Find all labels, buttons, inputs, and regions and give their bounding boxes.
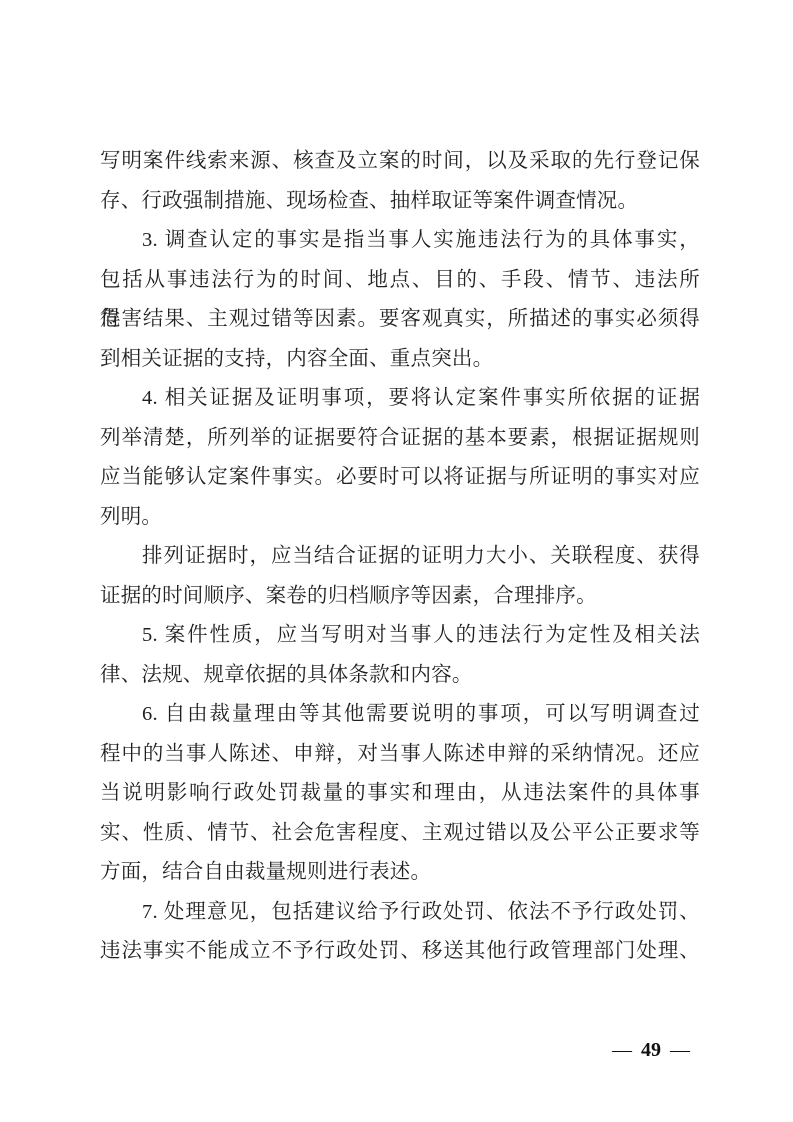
text-line-18: 实、性质、情节、社会危害程度、主观过错以及公平公正要求等 bbox=[100, 814, 700, 854]
text-line-19: 方面，结合自由裁量规则进行表述。 bbox=[100, 853, 700, 893]
text-line-9: 应当能够认定案件事实。必要时可以将证据与所证明的事实对应 bbox=[100, 458, 700, 498]
text-line-2: 存、行政强制措施、现场检查、抽样取证等案件调查情况。 bbox=[100, 182, 700, 222]
text-line-14: 律、法规、规章依据的具体条款和内容。 bbox=[100, 656, 700, 696]
text-line-11: 排列证据时，应当结合证据的证明力大小、关联程度、获得 bbox=[100, 537, 700, 577]
text-line-4: 包括从事违法行为的时间、地点、目的、手段、情节、违法所得、 bbox=[100, 261, 700, 301]
text-line-5: 危害结果、主观过错等因素。要客观真实，所描述的事实必须得 bbox=[100, 300, 700, 340]
page-number-dash-right: — bbox=[670, 1039, 690, 1062]
text-line-16: 程中的当事人陈述、申辩，对当事人陈述申辩的采纳情况。还应 bbox=[100, 735, 700, 775]
text-line-10: 列明。 bbox=[100, 498, 700, 538]
text-block: 写明案件线索来源、核查及立案的时间，以及采取的先行登记保 存、行政强制措施、现场… bbox=[100, 142, 700, 972]
page-number-value: 49 bbox=[641, 1039, 661, 1062]
text-line-3: 3. 调查认定的事实是指当事人实施违法行为的具体事实， bbox=[100, 221, 700, 261]
text-line-8: 列举清楚，所列举的证据要符合证据的基本要素，根据证据规则 bbox=[100, 419, 700, 459]
text-line-7: 4. 相关证据及证明事项，要将认定案件事实所依据的证据 bbox=[100, 379, 700, 419]
text-line-20: 7. 处理意见，包括建议给予行政处罚、依法不予行政处罚、 bbox=[100, 893, 700, 933]
text-line-13: 5. 案件性质，应当写明对当事人的违法行为定性及相关法 bbox=[100, 616, 700, 656]
page-number-dash-left: — bbox=[612, 1039, 632, 1062]
text-line-1: 写明案件线索来源、核查及立案的时间，以及采取的先行登记保 bbox=[100, 142, 700, 182]
page-number: — 49 — bbox=[612, 1039, 690, 1062]
text-line-17: 当说明影响行政处罚裁量的事实和理由，从违法案件的具体事 bbox=[100, 774, 700, 814]
text-line-12: 证据的时间顺序、案卷的归档顺序等因素，合理排序。 bbox=[100, 577, 700, 617]
document-page: 写明案件线索来源、核查及立案的时间，以及采取的先行登记保 存、行政强制措施、现场… bbox=[0, 0, 793, 1122]
text-line-6: 到相关证据的支持，内容全面、重点突出。 bbox=[100, 340, 700, 380]
text-line-21: 违法事实不能成立不予行政处罚、移送其他行政管理部门处理、 bbox=[100, 932, 700, 972]
text-line-15: 6. 自由裁量理由等其他需要说明的事项，可以写明调查过 bbox=[100, 695, 700, 735]
